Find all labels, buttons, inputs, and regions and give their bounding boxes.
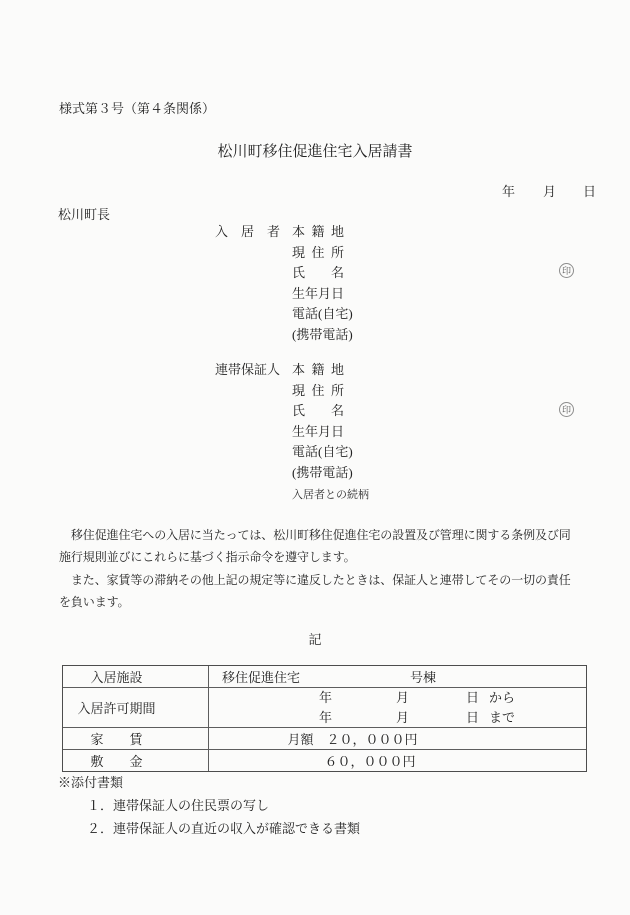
guarantor-fields: 本籍地 現住所 氏名 生年月日 電話(自宅) (携帯電話) 入居者との続柄 (292, 360, 369, 503)
table-row-facility: 入居施設 移住促進住宅 号棟 (63, 666, 586, 687)
guarantor-seal-icon: 印 (559, 402, 574, 417)
attachments-heading: ※添付書類 (58, 775, 360, 790)
month-label: 月 (543, 184, 556, 199)
period-from-year: 年 (319, 690, 332, 705)
form-number: 様式第３号（第４条関係） (59, 98, 215, 117)
facility-header-cell: 入居施設 (63, 666, 209, 687)
period-to-line: 年月日まで (319, 708, 586, 728)
period-from-month: 月 (396, 690, 409, 705)
attachment-item: ２．連帯保証人の直近の収入が確認できる書類 (87, 821, 360, 836)
year-label: 年 (502, 184, 515, 199)
guarantor-field-registered-domicile: 本籍地 (292, 360, 344, 381)
guarantor-field-birthdate: 生年月日 (292, 424, 344, 439)
occupant-field-current-address: 現住所 (292, 243, 344, 264)
occupant-field-name: 氏名 (292, 263, 344, 284)
rent-value: 月額 ２０，０００円 (287, 729, 417, 748)
period-from-line: 年月日から (319, 688, 586, 708)
agreement-line: を負います。 (59, 591, 577, 613)
agreement-line: 施行規則並びにこれらに基づく指示命令を遵守します。 (59, 546, 577, 568)
agreement-line: 移住促進住宅への入居に当たっては、松川町移住促進住宅の設置及び管理に関する条例及… (59, 524, 577, 546)
deposit-header-label: 敷金 (91, 751, 143, 770)
deposit-value-cell: ６０，０００円 (209, 750, 586, 771)
ki-heading: 記 (0, 629, 630, 648)
facility-unit-suffix: 号棟 (410, 667, 436, 686)
guarantor-field-phone-mobile: (携帯電話) (292, 465, 353, 480)
guarantor-field-name: 氏名 (292, 401, 344, 422)
rent-value-cell: 月額 ２０，０００円 (209, 728, 586, 749)
period-to-month: 月 (396, 710, 409, 725)
guarantor-field-current-address: 現住所 (292, 381, 344, 402)
period-header-cell: 入居許可期間 (63, 688, 209, 727)
rent-header-cell: 家賃 (63, 728, 209, 749)
occupant-field-phone-mobile: (携帯電話) (292, 327, 353, 342)
table-row-permit-period: 入居許可期間 年月日から 年月日まで (63, 687, 586, 727)
addressee: 松川町長 (58, 204, 110, 223)
agreement-paragraph: 移住促進住宅への入居に当たっては、松川町移住促進住宅の設置及び管理に関する条例及… (59, 524, 577, 613)
occupant-seal-icon: 印 (559, 263, 574, 278)
facility-header-label: 入居施設 (91, 667, 143, 686)
occupant-role-label: 入居者 (215, 222, 280, 243)
day-label: 日 (583, 184, 596, 199)
facility-value-cell: 移住促進住宅 号棟 (209, 666, 586, 687)
period-to-year: 年 (319, 710, 332, 725)
guarantor-field-phone-home: 電話(自宅) (292, 444, 353, 459)
occupant-fields: 本籍地 現住所 氏名 生年月日 電話(自宅) (携帯電話) (292, 222, 353, 345)
table-row-deposit: 敷金 ６０，０００円 (63, 749, 586, 771)
attachments-section: ※添付書類 １．連帯保証人の住民票の写し ２．連帯保証人の直近の収入が確認できる… (58, 775, 360, 836)
period-header-label: 入居許可期間 (77, 698, 155, 717)
period-value-cell: 年月日から 年月日まで (209, 688, 586, 727)
deposit-value: ６０，０００円 (324, 751, 415, 770)
conditions-table: 入居施設 移住促進住宅 号棟 入居許可期間 年月日から 年月日まで 家賃 月額 … (62, 665, 587, 772)
occupant-field-phone-home: 電話(自宅) (292, 306, 353, 321)
period-to-suffix: まで (489, 710, 515, 725)
guarantor-relationship-label: 入居者との続柄 (292, 483, 369, 503)
occupant-section: 入居者 本籍地 現住所 氏名 生年月日 電話(自宅) (携帯電話) (215, 222, 353, 345)
facility-name: 移住促進住宅 (222, 667, 300, 686)
occupant-field-birthdate: 生年月日 (292, 286, 344, 301)
attachment-item: １．連帯保証人の住民票の写し (87, 798, 360, 813)
period-to-day: 日 (466, 710, 479, 725)
agreement-line: また、家賃等の滞納その他上記の規定等に違反したときは、保証人と連帯してその一切の… (59, 569, 577, 591)
document-title: 松川町移住促進住宅入居請書 (0, 140, 630, 161)
occupant-field-registered-domicile: 本籍地 (292, 222, 344, 243)
date-line: 年月日 (502, 181, 596, 200)
period-from-suffix: から (489, 690, 515, 705)
rent-header-label: 家賃 (91, 729, 143, 748)
guarantor-role-label: 連帯保証人 (215, 360, 280, 381)
period-from-day: 日 (466, 690, 479, 705)
document-page: 様式第３号（第４条関係） 松川町移住促進住宅入居請書 年月日 松川町長 入居者 … (0, 0, 630, 915)
deposit-header-cell: 敷金 (63, 750, 209, 771)
guarantor-section: 連帯保証人 本籍地 現住所 氏名 生年月日 電話(自宅) (携帯電話) 入居者と… (215, 360, 369, 503)
table-row-rent: 家賃 月額 ２０，０００円 (63, 727, 586, 749)
